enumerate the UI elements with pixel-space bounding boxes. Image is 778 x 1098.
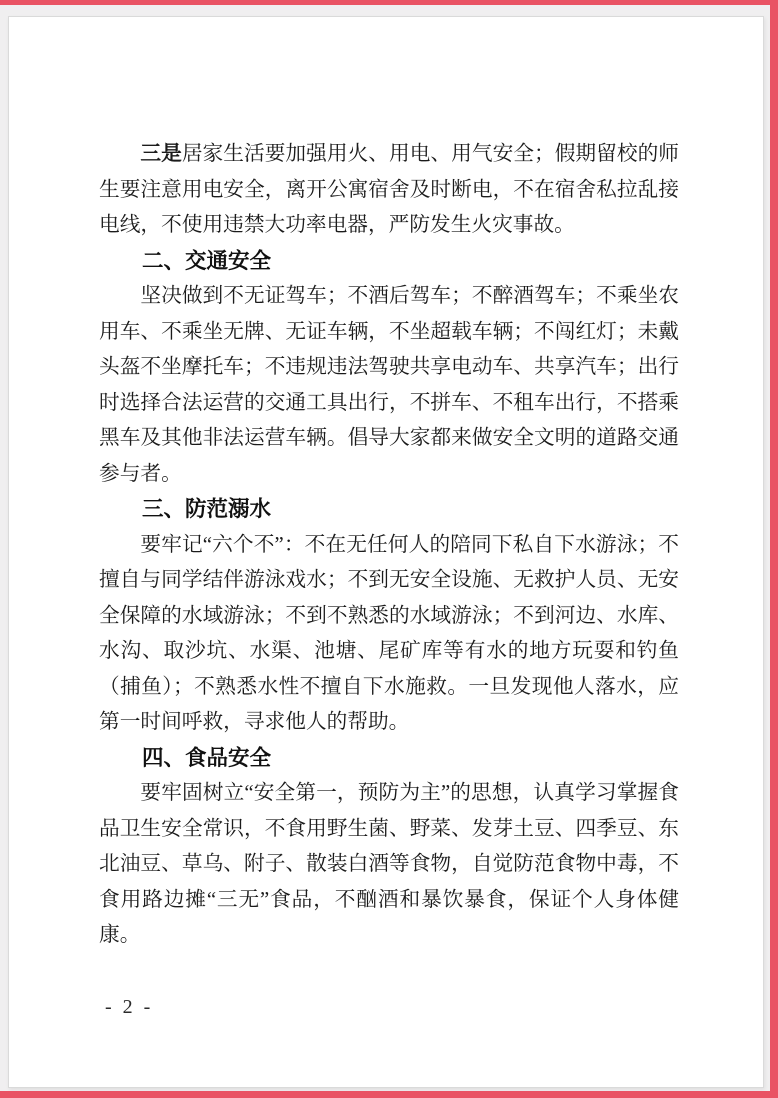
section-heading-drowning-prevention: 三、防范溺水 <box>99 492 679 528</box>
section-heading-traffic-safety: 二、交通安全 <box>99 244 679 280</box>
page-frame-top-border <box>0 0 778 5</box>
page-frame-bottom-border <box>0 1091 778 1098</box>
document-body: 三是居家生活要加强用火、用电、用气安全；假期留校的师生要注意用电安全，离开公寓宿… <box>99 136 679 954</box>
page-number: - 2 - <box>105 993 153 1021</box>
section-heading-food-safety: 四、食品安全 <box>99 741 679 777</box>
paragraph-drowning-prevention: 要牢记“六个不”：不在无任何人的陪同下私自下水游泳；不擅自与同学结伴游泳戏水；不… <box>99 528 679 741</box>
paragraph-home-fire-safety: 三是居家生活要加强用火、用电、用气安全；假期留校的师生要注意用电安全，离开公寓宿… <box>99 136 679 244</box>
page-frame-right-border <box>770 0 778 1098</box>
paragraph-text: 居家生活要加强用火、用电、用气安全；假期留校的师生要注意用电安全，离开公寓宿舍及… <box>99 143 679 236</box>
paragraph-lead-bold: 三是 <box>140 142 181 165</box>
document-page: 三是居家生活要加强用火、用电、用气安全；假期留校的师生要注意用电安全，离开公寓宿… <box>8 16 764 1088</box>
paragraph-food-safety: 要牢固树立“安全第一，预防为主”的思想，认真学习掌握食品卫生安全常识，不食用野生… <box>99 776 679 954</box>
paragraph-traffic-safety: 坚决做到不无证驾车；不酒后驾车；不醉酒驾车；不乘坐农用车、不乘坐无牌、无证车辆，… <box>99 279 679 492</box>
